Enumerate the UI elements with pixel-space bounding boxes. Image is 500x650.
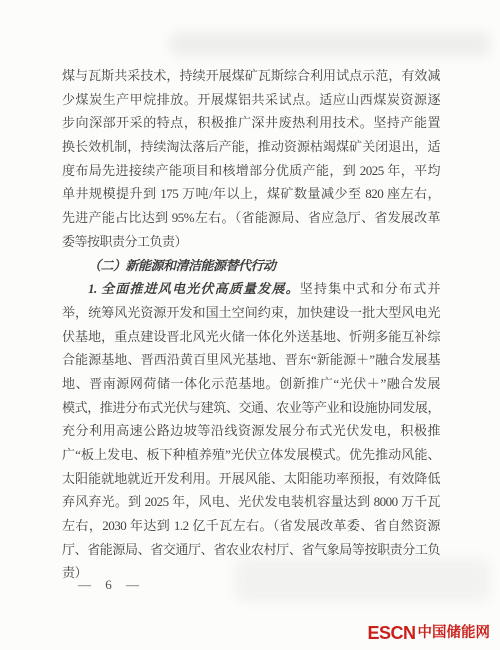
scan-smudge-top — [170, 32, 490, 56]
paragraph-line: 充分利用高速公路边坡等沿线资源发展分布式光伏发电，积极推 — [62, 419, 440, 443]
paragraph-line: 度布局先进接续产能项目和核增部分优质产能，到 2025 年，平均 — [62, 159, 440, 183]
escn-logo: ESCN 中国储能网 — [367, 622, 490, 644]
list-item-lead-rest: 坚持集中式和分布式并 — [300, 281, 440, 296]
section-heading: （二）新能源和清洁能源替代行动 — [62, 254, 440, 278]
paragraph-line: 煤与瓦斯共采技术，持续开展煤矿瓦斯综合利用试点示范，有效减 — [62, 64, 440, 88]
paragraph-line: 举，统筹风光资源开发和国土空间约束，加快建设一批大型风电光 — [62, 301, 440, 325]
paragraph-line: 伏基地，重点建设晋北风光火储一体化外送基地、忻朔多能互补综 — [62, 325, 440, 349]
paragraph-line: 太阳能就地就近开发利用。开展风能、太阳能功率预报，有效降低 — [62, 467, 440, 491]
list-item-lead: 1. 全面推进风电光伏高质量发展。 — [88, 281, 300, 296]
paragraph-line: 左右，2030 年达到 1.2 亿千瓦左右。（省发展改革委、省自然资源 — [62, 514, 440, 538]
page-number: — 6 — — [78, 577, 140, 593]
paragraph-line: 委等按职责分工负责） — [62, 230, 440, 254]
document-page: 煤与瓦斯共采技术，持续开展煤矿瓦斯综合利用试点示范，有效减 少煤炭生产甲烷排放。… — [0, 0, 500, 650]
paragraph-line: 弃风弃光。到 2025 年，风电、光伏发电装机容量达到 8000 万千瓦 — [62, 490, 440, 514]
paragraph-line: 少煤炭生产甲烷排放。开展煤铝共采试点。适应山西煤炭资源逐 — [62, 88, 440, 112]
paragraph-line: 模式，推进分布式光伏与建筑、交通、农业等产业和设施协同发展， — [62, 396, 440, 420]
paragraph-line: 广“板上发电、板下种植养殖”光伏立体发展模式。优先推动风能、 — [62, 443, 440, 467]
paragraph-line: 换长效机制，持续淘汰落后产能，推动资源枯竭煤矿关闭退出，适 — [62, 135, 440, 159]
paragraph-line: 合能源基地、晋西沿黄百里风光基地、晋东“新能源＋”融合发展基 — [62, 348, 440, 372]
paragraph-line: 单井规模提升到 175 万吨/年以上，煤矿数量减少至 820 座左右， — [62, 182, 440, 206]
paragraph-line: 厅、省能源局、省交通厅、省农业农村厅、省气象局等按职责分工负 — [62, 538, 440, 562]
logo-text-escn: ESCN — [367, 622, 415, 644]
paragraph-line: 1. 全面推进风电光伏高质量发展。坚持集中式和分布式并 — [62, 277, 440, 301]
paragraph-line: 先进产能占比达到 95%左右。（省能源局、省应急厅、省发展改革 — [62, 206, 440, 230]
logo-text-cn: 中国储能网 — [418, 622, 491, 644]
paragraph-line: 地、晋南源网荷储一体化示范基地。创新推广“光伏＋”融合发展 — [62, 372, 440, 396]
paragraph-line: 步向深部开采的特点，积极推广深井废热利用技术。坚持产能置 — [62, 111, 440, 135]
body-text: 煤与瓦斯共采技术，持续开展煤矿瓦斯综合利用试点示范，有效减 少煤炭生产甲烷排放。… — [62, 64, 440, 585]
